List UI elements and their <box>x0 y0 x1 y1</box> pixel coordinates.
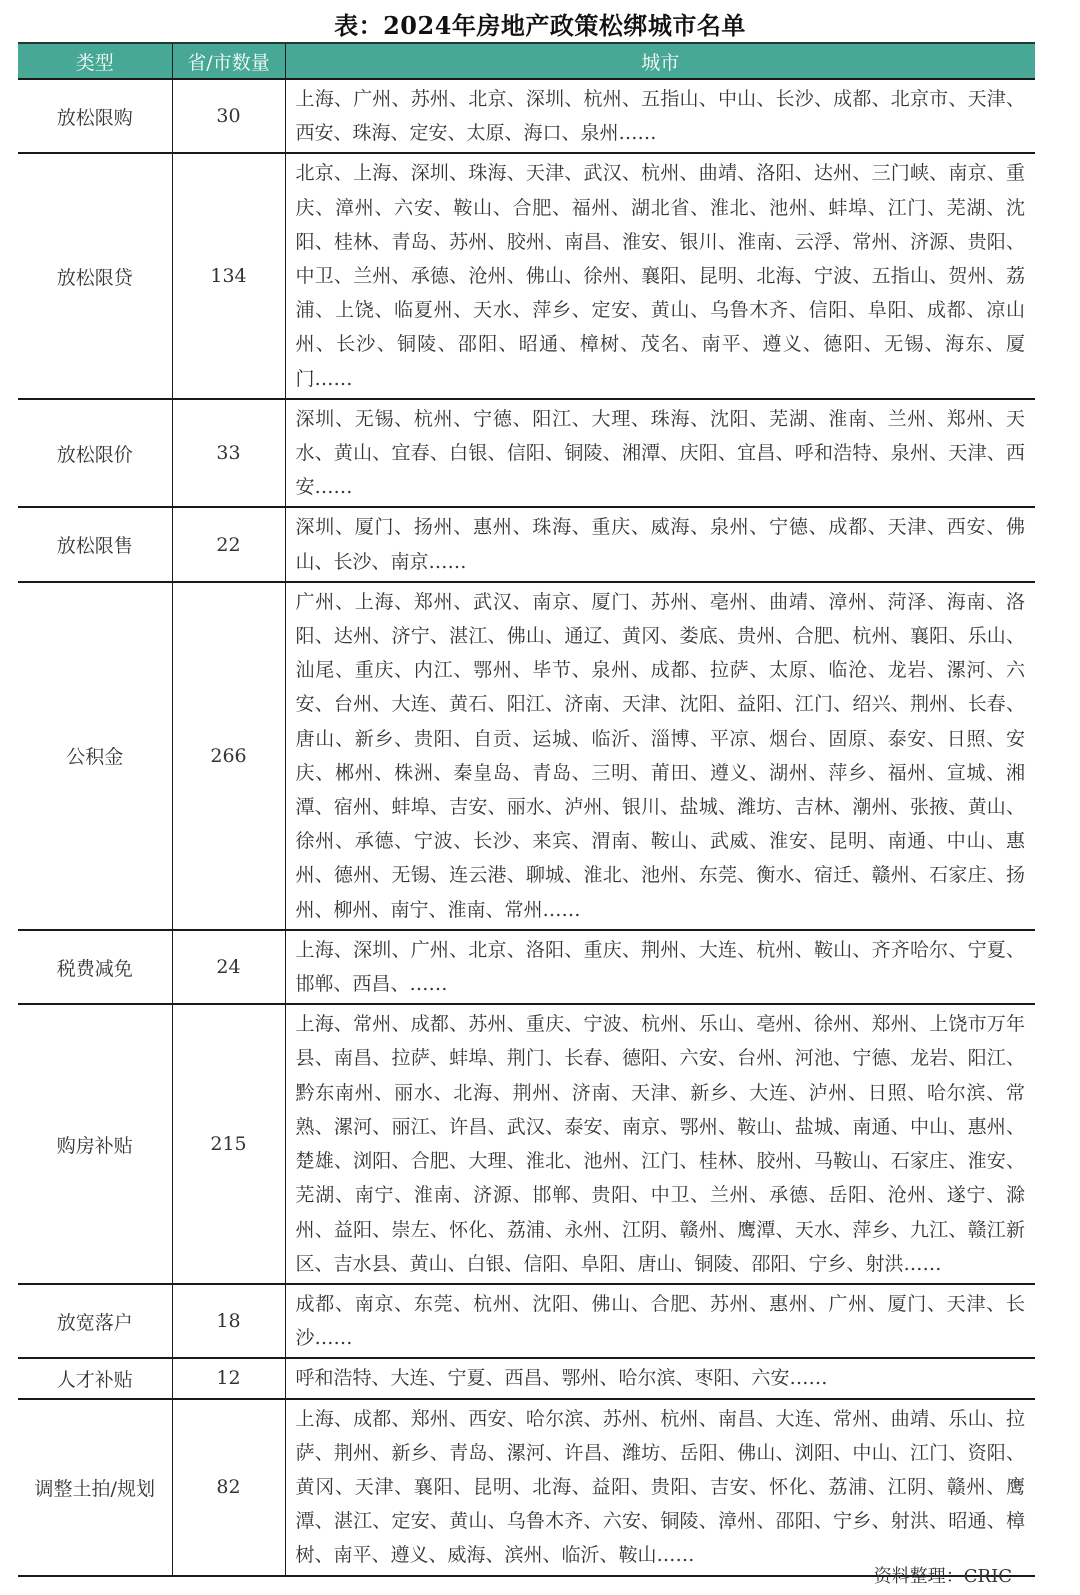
row-cities: 上海、深圳、广州、北京、洛阳、重庆、荆州、大连、杭州、鞍山、齐齐哈尔、宁夏、邯郸… <box>285 930 1035 1004</box>
header-cities: 城市 <box>285 43 1035 79</box>
row-count: 82 <box>172 1399 285 1576</box>
table-row: 人才补贴 12 呼和浩特、大连、宁夏、西昌、鄂州、哈尔滨、枣阳、六安…… <box>18 1358 1035 1398</box>
table-row: 放宽落户 18 成都、南京、东莞、杭州、沈阳、佛山、合肥、苏州、惠州、广州、厦门… <box>18 1284 1035 1358</box>
row-count: 266 <box>172 582 285 930</box>
row-type: 放松限售 <box>18 507 172 581</box>
source-note: 资料整理：CRIC <box>874 1562 1012 1588</box>
row-count: 18 <box>172 1284 285 1358</box>
row-cities: 上海、常州、成都、苏州、重庆、宁波、杭州、乐山、亳州、徐州、郑州、上饶市万年县、… <box>285 1004 1035 1284</box>
policy-city-table: 类型 省/市数量 城市 放松限购 30 上海、广州、苏州、北京、深圳、杭州、五指… <box>18 42 1035 1577</box>
row-type: 购房补贴 <box>18 1004 172 1284</box>
header-count: 省/市数量 <box>172 43 285 79</box>
row-type: 放松限购 <box>18 79 172 153</box>
row-cities: 深圳、无锡、杭州、宁德、阳江、大理、珠海、沈阳、芜湖、淮南、兰州、郑州、天水、黄… <box>285 399 1035 508</box>
row-count: 33 <box>172 399 285 508</box>
row-cities: 上海、成都、郑州、西安、哈尔滨、苏州、杭州、南昌、大连、常州、曲靖、乐山、拉萨、… <box>285 1399 1035 1576</box>
table-header-row: 类型 省/市数量 城市 <box>18 43 1035 79</box>
row-type: 放宽落户 <box>18 1284 172 1358</box>
row-count: 134 <box>172 153 285 398</box>
row-cities: 成都、南京、东莞、杭州、沈阳、佛山、合肥、苏州、惠州、广州、厦门、天津、长沙…… <box>285 1284 1035 1358</box>
row-count: 22 <box>172 507 285 581</box>
table-row: 购房补贴 215 上海、常州、成都、苏州、重庆、宁波、杭州、乐山、亳州、徐州、郑… <box>18 1004 1035 1284</box>
row-type: 人才补贴 <box>18 1358 172 1398</box>
row-type: 税费减免 <box>18 930 172 1004</box>
table-row: 放松限贷 134 北京、上海、深圳、珠海、天津、武汉、杭州、曲靖、洛阳、达州、三… <box>18 153 1035 398</box>
row-cities: 广州、上海、郑州、武汉、南京、厦门、苏州、亳州、曲靖、漳州、菏泽、海南、洛阳、达… <box>285 582 1035 930</box>
row-count: 215 <box>172 1004 285 1284</box>
row-cities: 深圳、厦门、扬州、惠州、珠海、重庆、威海、泉州、宁德、成都、天津、西安、佛山、长… <box>285 507 1035 581</box>
row-type: 调整土拍/规划 <box>18 1399 172 1576</box>
table-row: 公积金 266 广州、上海、郑州、武汉、南京、厦门、苏州、亳州、曲靖、漳州、菏泽… <box>18 582 1035 930</box>
table-row: 调整土拍/规划 82 上海、成都、郑州、西安、哈尔滨、苏州、杭州、南昌、大连、常… <box>18 1399 1035 1576</box>
table-row: 税费减免 24 上海、深圳、广州、北京、洛阳、重庆、荆州、大连、杭州、鞍山、齐齐… <box>18 930 1035 1004</box>
table-title: 表：2024年房地产政策松绑城市名单 <box>0 6 1080 41</box>
header-type: 类型 <box>18 43 172 79</box>
table-row: 放松限售 22 深圳、厦门、扬州、惠州、珠海、重庆、威海、泉州、宁德、成都、天津… <box>18 507 1035 581</box>
row-count: 12 <box>172 1358 285 1398</box>
table-row: 放松限价 33 深圳、无锡、杭州、宁德、阳江、大理、珠海、沈阳、芜湖、淮南、兰州… <box>18 399 1035 508</box>
row-count: 24 <box>172 930 285 1004</box>
row-cities: 北京、上海、深圳、珠海、天津、武汉、杭州、曲靖、洛阳、达州、三门峡、南京、重庆、… <box>285 153 1035 398</box>
row-cities: 呼和浩特、大连、宁夏、西昌、鄂州、哈尔滨、枣阳、六安…… <box>285 1358 1035 1398</box>
row-type: 公积金 <box>18 582 172 930</box>
row-cities: 上海、广州、苏州、北京、深圳、杭州、五指山、中山、长沙、成都、北京市、天津、西安… <box>285 79 1035 153</box>
row-type: 放松限价 <box>18 399 172 508</box>
table-row: 放松限购 30 上海、广州、苏州、北京、深圳、杭州、五指山、中山、长沙、成都、北… <box>18 79 1035 153</box>
row-count: 30 <box>172 79 285 153</box>
row-type: 放松限贷 <box>18 153 172 398</box>
